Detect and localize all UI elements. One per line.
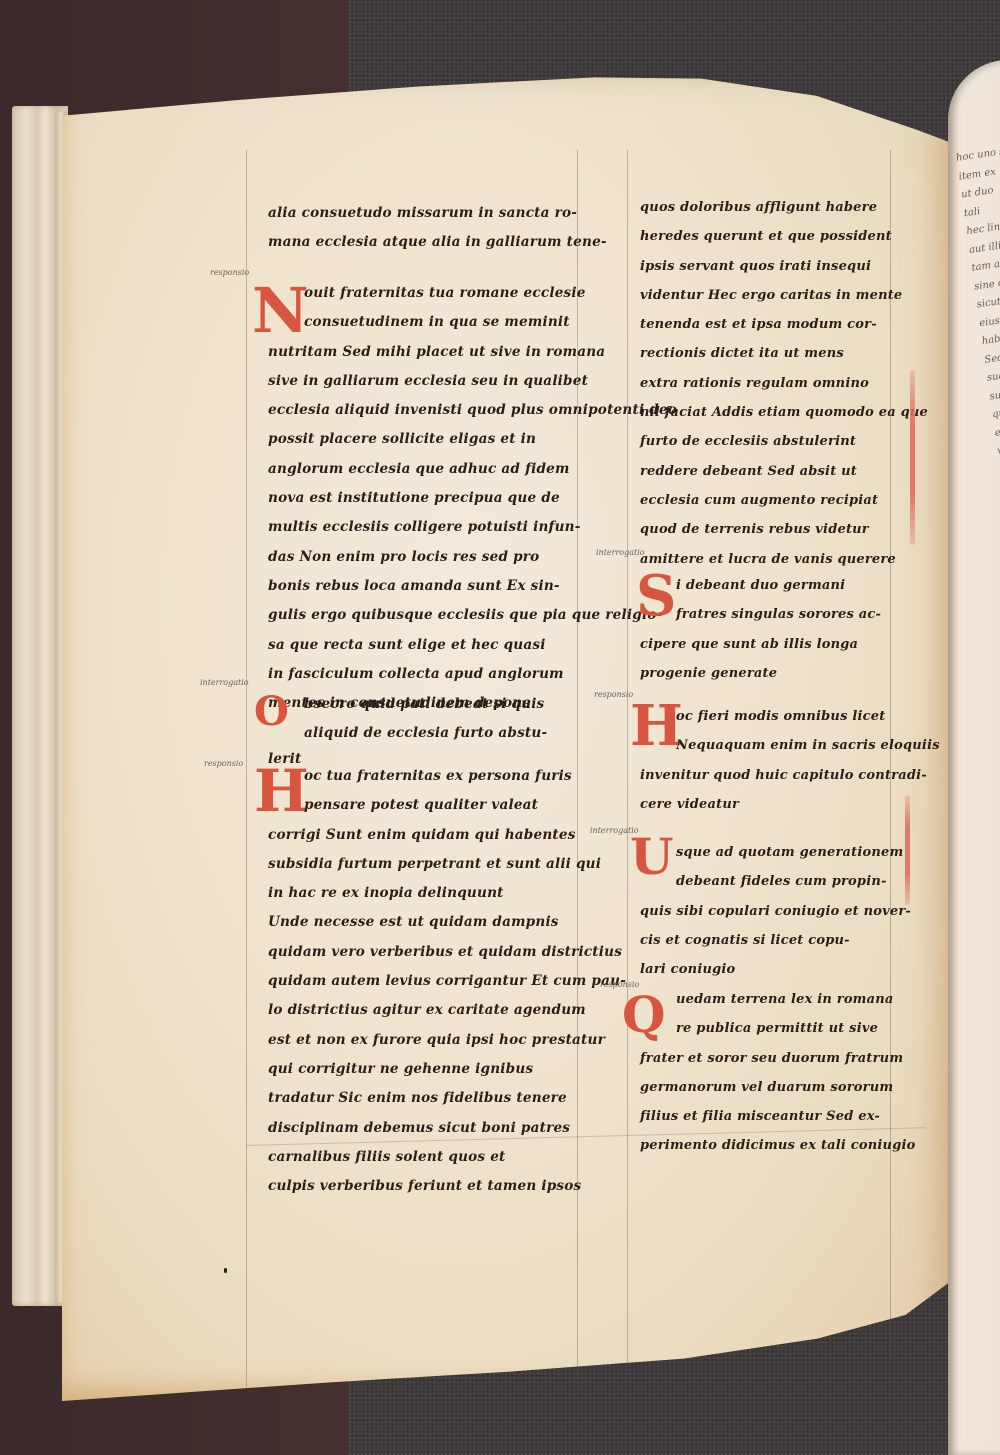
text-line: oc tua fraternitas ex persona furis [268, 762, 626, 791]
text-line: qui corrigitur ne gehenne ignibus [268, 1055, 626, 1084]
text-line: germanorum vel duarum sororum [640, 1073, 916, 1102]
text-line: invenitur quod huic capitulo contradi- [640, 761, 940, 790]
right-section-4: uedam terrena lex in romana re publica p… [640, 985, 916, 1161]
text-line: anglorum ecclesia que adhuc ad fidem [268, 455, 677, 484]
text-line: tradatur Sic enim nos fidelibus tenere [268, 1084, 626, 1113]
text-line: progenie generate [640, 659, 881, 688]
text-line: quidam vero verberibus et quidam distric… [268, 938, 626, 967]
text-line: cipere que sunt ab illis longa [640, 630, 881, 659]
text-line: nil faciat Addis etiam quomodo ea que [640, 398, 928, 427]
text-line: cis et cognatis si licet copu- [640, 926, 911, 955]
right-section-2: oc fieri modis omnibus licet Nequaquam e… [640, 702, 940, 819]
text-line: sa que recta sunt elige et hec quasi [268, 631, 677, 660]
text-line: lari coniugio [640, 955, 911, 984]
rubric-bracket-mark [910, 370, 915, 545]
text-line: uedam terrena lex in romana [640, 985, 916, 1014]
text-line: corrigi Sunt enim quidam qui habentes [268, 821, 626, 850]
text-line: tenenda est et ipsa modum cor- [640, 310, 928, 339]
ruling-line [246, 150, 247, 1390]
text-line: consuetudinem in qua se meminit [268, 308, 677, 337]
text-line: bonis rebus loca amanda sunt Ex sin- [268, 572, 677, 601]
text-line: est et non ex furore quia ipsi hoc prest… [268, 1026, 626, 1055]
text-line: culpis verberibus feriunt et tamen ipsos [268, 1172, 626, 1201]
left-section-2: bsecro quid pati debeat si quis aliquid … [268, 690, 547, 769]
rubric-bracket-mark [905, 795, 910, 905]
text-line: rectionis dictet ita ut mens [640, 339, 928, 368]
ink-speck [224, 1268, 227, 1273]
text-line: in hac re ex inopia delinquunt [268, 879, 626, 908]
text-line: quis sibi copulari coniugio et nover- [640, 897, 911, 926]
text-line: ecclesia cum augmento recipiat [640, 486, 928, 515]
text-line: quos doloribus affligunt habere [640, 193, 928, 222]
right-section-3: sque ad quotam generationem debeant fide… [640, 838, 911, 984]
text-line: carnalibus filiis solent quos et [268, 1143, 626, 1172]
text-line: perimento didicimus ex tali coniugio [640, 1131, 916, 1160]
text-line: subsidia furtum perpetrant et sunt alii … [268, 850, 626, 879]
text-line: frater et soror seu duorum fratrum [640, 1044, 916, 1073]
text-line: sque ad quotam generationem [640, 838, 911, 867]
text-line: heredes querunt et que possident [640, 222, 928, 251]
text-line: i debeant duo germani [640, 571, 881, 600]
text-line: mana ecclesia atque alia in galliarum te… [268, 228, 607, 257]
right-column-top: quos doloribus affligunt habere heredes … [640, 193, 928, 574]
text-line: sive in galliarum ecclesia seu in qualib… [268, 367, 677, 396]
text-line: nova est institutione precipua que de [268, 484, 677, 513]
text-line: furto de ecclesiis abstulerint [640, 427, 928, 456]
text-line: alia consuetudo missarum in sancta ro- [268, 199, 607, 228]
margin-gloss: responsio [594, 690, 633, 699]
text-line: possit placere sollicite eligas et in [268, 425, 677, 454]
text-line: oc fieri modis omnibus licet [640, 702, 940, 731]
text-line: bsecro quid pati debeat si quis [268, 690, 547, 719]
text-line: re publica permittit ut sive [640, 1014, 916, 1043]
text-line: cere videatur [640, 790, 940, 819]
text-line: ipsis servant quos irati insequi [640, 252, 928, 281]
text-line: disciplinam debemus sicut boni patres [268, 1114, 626, 1143]
text-line: filius et filia misceantur Sed ex- [640, 1102, 916, 1131]
text-line: lo districtius agitur ex caritate agendu… [268, 996, 626, 1025]
text-line: quidam autem levius corrigantur Et cum p… [268, 967, 626, 996]
text-line: gulis ergo quibusque ecclesiis que pia q… [268, 601, 677, 630]
text-line: nutritam Sed mihi placet ut sive in roma… [268, 338, 677, 367]
text-line: multis ecclesiis colligere potuisti infu… [268, 513, 677, 542]
left-column-top: alia consuetudo missarum in sancta ro- m… [268, 199, 607, 258]
right-section-1: i debeant duo germani fratres singulas s… [640, 571, 881, 688]
text-line: amittere et lucra de vanis querere [640, 545, 928, 574]
left-section-3: oc tua fraternitas ex persona furis pens… [268, 762, 626, 1201]
text-line: quod de terrenis rebus videtur [640, 515, 928, 544]
text-line: extra rationis regulam omnino [640, 369, 928, 398]
text-line: pensare potest qualiter valeat [268, 791, 626, 820]
text-line: Unde necesse est ut quidam dampnis [268, 908, 626, 937]
text-line: in fasciculum collecta apud anglorum [268, 660, 677, 689]
text-line: reddere debeant Sed absit ut [640, 457, 928, 486]
text-line: ecclesia aliquid invenisti quod plus omn… [268, 396, 677, 425]
text-line: ouit fraternitas tua romane ecclesie [268, 279, 677, 308]
margin-gloss: responsio [210, 268, 249, 277]
text-line: fratres singulas sorores ac- [640, 600, 881, 629]
text-line: Nequaquam enim in sacris eloquiis [640, 731, 940, 760]
left-section-1: ouit fraternitas tua romane ecclesie con… [268, 279, 677, 718]
margin-gloss: interrogatio [596, 548, 645, 557]
margin-gloss: responsio [204, 759, 243, 768]
text-line: debeant fideles cum propin- [640, 867, 911, 896]
margin-gloss: interrogatio [200, 678, 249, 687]
text-line: aliquid de ecclesia furto abstu- [268, 719, 547, 748]
text-line: videntur Hec ergo caritas in mente [640, 281, 928, 310]
